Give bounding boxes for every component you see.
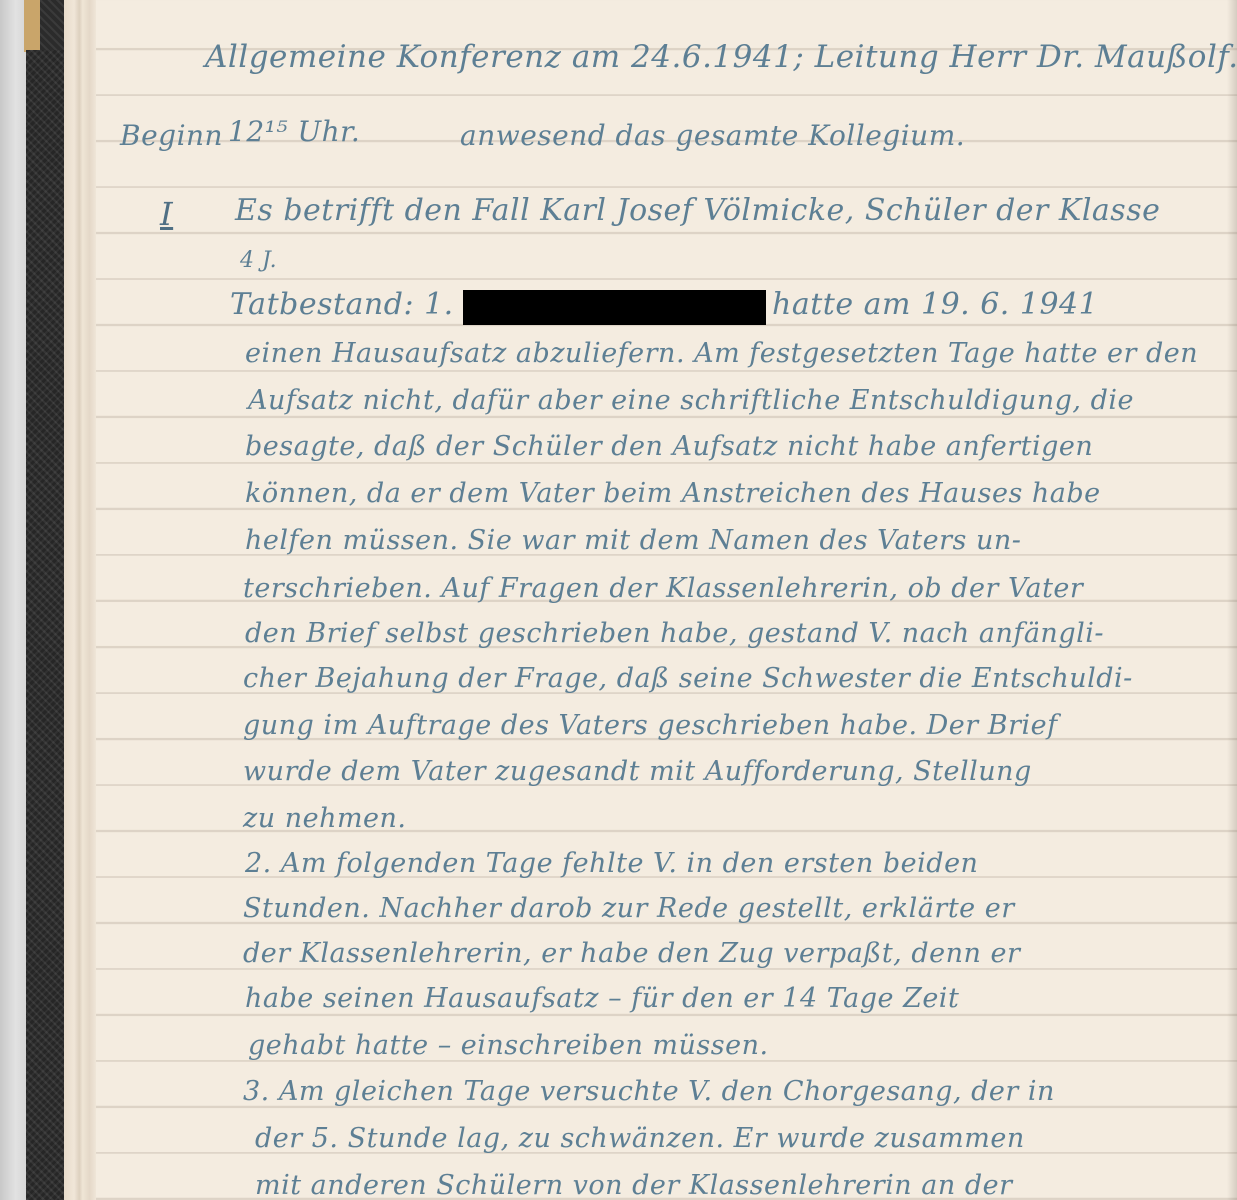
body-line: terschrieben. Auf Fragen der Klassenlehr… — [243, 575, 1083, 602]
body-line: gehabt hatte – einschreiben müssen. — [248, 1032, 769, 1059]
redaction-bar — [463, 290, 766, 325]
scanned-notebook-page: Allgemeine Konferenz am 24.6.1941; Leitu… — [0, 0, 1237, 1200]
body-line: 3. Am gleichen Tage versuchte V. den Cho… — [243, 1078, 1055, 1105]
section-numeral: I — [160, 198, 173, 230]
body-line: zu nehmen. — [243, 805, 407, 832]
body-line: den Brief selbst geschrieben habe, gesta… — [245, 620, 1104, 647]
conference-title-line: Allgemeine Konferenz am 24.6.1941; Leitu… — [205, 42, 1237, 73]
page-edges — [64, 0, 98, 1200]
body-line: gung im Auftrage des Vaters geschrieben … — [243, 712, 1058, 739]
tatbestand-date: hatte am 19. 6. 1941 — [772, 290, 1098, 320]
begin-time: 12¹⁵ Uhr. — [228, 118, 360, 146]
body-line: habe seinen Hausaufsatz – für den er 14 … — [245, 985, 959, 1012]
body-line: einen Hausaufsatz abzuliefern. Am festge… — [245, 340, 1198, 367]
body-line: können, da er dem Vater beim Anstreichen… — [245, 480, 1101, 507]
body-line: 2. Am folgenden Tage fehlte V. in den er… — [245, 850, 978, 877]
page-curl-shadow — [1227, 0, 1237, 1200]
body-line: mit anderen Schülern von der Klassenlehr… — [255, 1172, 1013, 1199]
body-line: helfen müssen. Sie war mit dem Namen des… — [245, 527, 1021, 554]
body-line: der 5. Stunde lag, zu schwänzen. Er wurd… — [255, 1125, 1025, 1152]
case-heading: Es betrifft den Fall Karl Josef Völmicke… — [235, 196, 1160, 226]
body-line: wurde dem Vater zugesandt mit Aufforderu… — [243, 758, 1032, 785]
body-line: Stunden. Nachher darob zur Rede gestellt… — [243, 895, 1015, 922]
scanner-background — [0, 0, 26, 1200]
body-line: cher Bejahung der Frage, daß seine Schwe… — [243, 665, 1133, 692]
binding-tape — [24, 0, 40, 52]
body-line: der Klassenlehrerin, er habe den Zug ver… — [243, 940, 1020, 967]
notebook-binding — [26, 50, 65, 1200]
body-line: besagte, daß der Schüler den Aufsatz nic… — [245, 433, 1093, 460]
attendance-line: anwesend das gesamte Kollegium. — [460, 122, 965, 150]
body-line: Aufsatz nicht, dafür aber eine schriftli… — [248, 387, 1134, 414]
class-designation: 4 J. — [240, 250, 277, 272]
begin-label: Beginn — [120, 122, 223, 150]
tatbestand-label: Tatbestand: 1. — [230, 290, 454, 320]
notebook-binding-top — [40, 0, 64, 52]
